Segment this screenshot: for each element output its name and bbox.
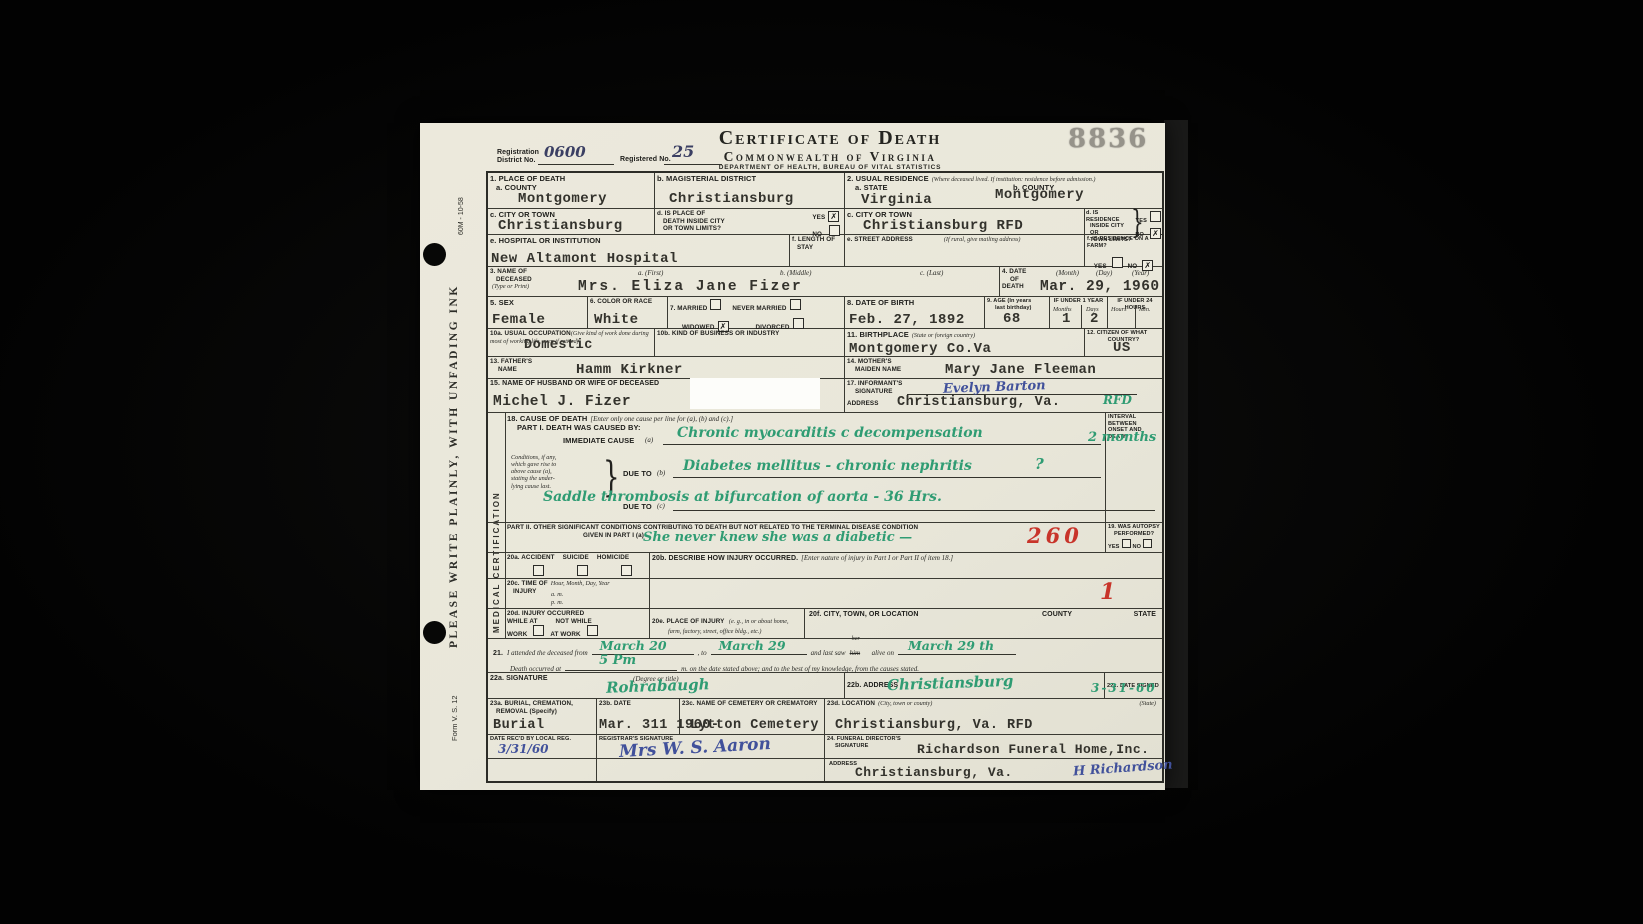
section-1-label: 1. PLACE OF DEATH bbox=[490, 174, 652, 183]
conditions-note-line: above cause (a), bbox=[511, 468, 607, 475]
limits-label: d. IS PLACE OF bbox=[657, 210, 775, 218]
checkbox-autopsy-yes bbox=[1122, 539, 1131, 548]
describe-injury-note: [Enter nature of injury in Part I or Par… bbox=[801, 554, 953, 562]
cause-label: 18. CAUSE OF DEATH bbox=[507, 414, 587, 423]
am-label: a. m. bbox=[551, 591, 563, 598]
funeral-address-value: Christiansburg, Va. bbox=[855, 766, 1013, 779]
location-label: 23d. LOCATION bbox=[827, 700, 875, 708]
field-residence-on-farm: f. IS RESIDENCE ON A FARM? YES NO ✗ bbox=[1085, 235, 1162, 266]
checkbox-accident bbox=[533, 565, 544, 576]
redaction-box bbox=[690, 378, 820, 409]
conditions-note-line: which gave rise to bbox=[511, 461, 607, 468]
married-label: 7. MARRIED bbox=[670, 305, 707, 313]
time-of-injury-hint: Hour, Month, Day, Year bbox=[551, 580, 610, 587]
sub-row-registrar: DATE REC'D BY LOCAL REG. 3/31/60 REGISTR… bbox=[488, 735, 1162, 759]
yes-label: YES bbox=[1135, 218, 1147, 225]
field-place-of-injury: 20e. PLACE OF INJURY (e. g., in or about… bbox=[650, 609, 805, 638]
field-date-of-birth: 8. DATE OF BIRTH Feb. 27, 1892 bbox=[845, 297, 985, 328]
field-age: 9. AGE (In years last birthday) 68 bbox=[985, 297, 1050, 328]
checkbox-autopsy-no bbox=[1143, 539, 1152, 548]
last-alive-value: March 29 th bbox=[908, 640, 994, 653]
field-father-name: 13. FATHER'S NAME Hamm Kirkner bbox=[488, 357, 845, 378]
checkbox-never-married bbox=[790, 299, 801, 310]
field-residence-inside-limits: d. IS RESIDENCE INSIDE CITY OR TOWN LIMI… bbox=[1085, 209, 1162, 234]
cause-b-tag: (b) bbox=[657, 469, 665, 477]
him-struck: him bbox=[850, 649, 861, 657]
field-informant: 17. INFORMANT'S SIGNATURE Evelyn Barton … bbox=[845, 379, 1162, 412]
statement-text-5: Death occurred at bbox=[510, 665, 561, 673]
yes-label: YES bbox=[812, 214, 825, 222]
cause-b-interval: ? bbox=[1035, 457, 1044, 472]
empty-cell bbox=[488, 759, 597, 781]
funeral-address-label: ADDRESS bbox=[829, 761, 857, 768]
field-spouse-name: 15. NAME OF HUSBAND OR WIFE OF DECEASED … bbox=[488, 379, 845, 412]
informant-label: SIGNATURE bbox=[847, 388, 902, 396]
immediate-cause-label: IMMEDIATE CAUSE bbox=[563, 436, 634, 445]
field-under-24-hours: IF UNDER 24 HOURS Hours Min. bbox=[1108, 297, 1162, 328]
part2-code: 260 bbox=[1027, 525, 1083, 546]
first-name-hint: a. (First) bbox=[638, 269, 663, 277]
conditions-note: Conditions, if any, which gave rise to a… bbox=[511, 454, 607, 490]
pm-label: p. m. bbox=[551, 599, 563, 606]
section-2-label: 2. USUAL RESIDENCE bbox=[847, 174, 929, 183]
burial-label: 23a. BURIAL, CREMATION, bbox=[490, 700, 594, 708]
field-length-of-stay: f. LENGTH OF STAY bbox=[790, 235, 845, 266]
race-value: White bbox=[594, 313, 639, 327]
checkbox-homicide bbox=[621, 565, 632, 576]
field-accident-suicide-homicide: 20a. ACCIDENT SUICIDE HOMICIDE bbox=[505, 553, 650, 578]
field-mother-name: 14. MOTHER'S MAIDEN NAME Mary Jane Fleem… bbox=[845, 357, 1162, 378]
registration-underline bbox=[538, 164, 614, 165]
death-time-value: 5 Pm bbox=[599, 654, 636, 667]
deceased-label: DECEASED bbox=[490, 276, 532, 284]
field-funeral-director: 24. FUNERAL DIRECTOR'S SIGNATURE Richard… bbox=[825, 735, 1162, 758]
cemetery-value: Lytton Cemetery bbox=[690, 719, 819, 733]
limits-label: DEATH INSIDE CITY bbox=[657, 218, 775, 226]
injury-state-label: STATE bbox=[1134, 611, 1156, 619]
city-of-death-value: Christiansburg bbox=[498, 219, 623, 233]
page-edge-shadow bbox=[1164, 120, 1188, 788]
punch-hole-bottom bbox=[423, 621, 446, 644]
magisterial-label: b. MAGISTERIAL DISTRICT bbox=[657, 174, 842, 183]
injury-city-label: 20f. CITY, TOWN, OR LOCATION bbox=[809, 611, 919, 619]
type-or-print-hint: (Type or Print) bbox=[490, 283, 532, 290]
last-name-hint: c. (Last) bbox=[920, 269, 943, 277]
checkbox-married bbox=[710, 299, 721, 310]
informant-address-extra: RFD bbox=[1103, 394, 1132, 406]
row-place-of-death: 1. PLACE OF DEATH a. COUNTY Montgomery b… bbox=[488, 173, 1162, 209]
time-of-injury-label: INJURY bbox=[507, 588, 548, 596]
limits-label: OR TOWN LIMITS? bbox=[657, 225, 775, 233]
state-value: Virginia bbox=[861, 193, 932, 207]
time-of-injury-label: 20c. TIME OF bbox=[507, 580, 548, 588]
field-physician-signature: 22a. SIGNATURE (Degree or title) Rohraba… bbox=[488, 673, 845, 698]
field-date-of-death: 4. DATE OF DEATH (Month) (Day) (Year) Ma… bbox=[1000, 267, 1162, 296]
field-physician-address: 22b. ADDRESS Christiansburg bbox=[845, 673, 1105, 698]
field-sex: 5. SEX Female bbox=[488, 297, 588, 328]
location-state-hint: (State) bbox=[1140, 700, 1157, 707]
birthplace-value: Montgomery Co.Va bbox=[849, 342, 991, 356]
field-under-1-year: IF UNDER 1 YEAR Months Days 1 2 bbox=[1050, 297, 1108, 328]
empty-cell bbox=[597, 759, 825, 781]
no-label: NO bbox=[1133, 544, 1142, 551]
registered-no-value: 25 bbox=[672, 144, 694, 160]
under-1-year-label: IF UNDER 1 YEAR bbox=[1050, 298, 1107, 305]
suicide-label: SUICIDE bbox=[563, 554, 589, 562]
year-hint: (Year) bbox=[1132, 269, 1149, 277]
cause-b-line bbox=[673, 477, 1101, 478]
informant-address-value: Christiansburg, Va. bbox=[897, 396, 1060, 410]
burial-label: REMOVAL (Specify) bbox=[490, 708, 594, 716]
row-injury-place: 20d. INJURY OCCURRED WHILE AT NOT WHILE … bbox=[488, 609, 1162, 639]
row-hospital: e. HOSPITAL OR INSTITUTION New Altamont … bbox=[488, 235, 1162, 267]
part2-area: PART II. OTHER SIGNIFICANT CONDITIONS CO… bbox=[505, 523, 1105, 552]
interval-label: INTERVAL BETWEEN bbox=[1108, 414, 1160, 427]
farm-label: f. IS RESIDENCE ON A FARM? bbox=[1087, 236, 1160, 249]
race-label: 6. COLOR OR RACE bbox=[590, 298, 665, 306]
deceased-name-value: Mrs. Eliza Jane Fizer bbox=[578, 280, 803, 295]
row-cause-of-death: 18. CAUSE OF DEATH [Enter only one cause… bbox=[488, 413, 1162, 523]
location-note: (City, town or county) bbox=[878, 700, 932, 707]
field-time-of-injury: 20c. TIME OF INJURY Hour, Month, Day, Ye… bbox=[505, 579, 650, 608]
field-business-industry: 10b. KIND OF BUSINESS OR INDUSTRY bbox=[655, 329, 845, 356]
cause-of-death-area: 18. CAUSE OF DEATH [Enter only one cause… bbox=[505, 413, 1105, 522]
months-value: 1 bbox=[1062, 312, 1071, 326]
injury-occurred-label: 20d. INJURY OCCURRED bbox=[507, 610, 647, 618]
side-note: PLEASE WRITE PLAINLY, WITH UNFADING INK bbox=[448, 273, 460, 648]
autopsy-label: PERFORMED? bbox=[1108, 531, 1160, 538]
min-label: Min. bbox=[1139, 306, 1151, 313]
field-injury-location: 20f. CITY, TOWN, OR LOCATION COUNTY STAT… bbox=[805, 609, 1162, 638]
at-work-label: AT WORK bbox=[550, 631, 580, 639]
part2-value: She never knew she was a diabetic — bbox=[643, 531, 912, 544]
row-parents: 13. FATHER'S NAME Hamm Kirkner 14. MOTHE… bbox=[488, 357, 1162, 379]
statement-text-6: m. on the date stated above; and to the … bbox=[681, 665, 919, 673]
hospital-label: e. HOSPITAL OR INSTITUTION bbox=[490, 236, 787, 245]
page-title: Certificate of Death bbox=[580, 128, 1080, 148]
accident-label: 20a. ACCIDENT bbox=[507, 554, 555, 562]
field-burial-location: 23d. LOCATION (City, town or county) (St… bbox=[825, 699, 1162, 734]
physician-signature-value: Rohrabaugh bbox=[606, 677, 710, 696]
form-grid: 1. PLACE OF DEATH a. COUNTY Montgomery b… bbox=[486, 171, 1164, 783]
citizen-value: US bbox=[1113, 341, 1131, 355]
age-value: 68 bbox=[1003, 312, 1021, 326]
field-birthplace: 11. BIRTHPLACE (State or foreign country… bbox=[845, 329, 1085, 356]
checkbox-residence-limits-yes bbox=[1150, 211, 1161, 222]
date-of-death-label: DEATH bbox=[1002, 283, 1026, 291]
form-code: Form V. S. 12 bbox=[450, 675, 459, 741]
funeral-director-signature: H Richardson bbox=[1073, 759, 1173, 779]
business-label: 10b. KIND OF BUSINESS OR INDUSTRY bbox=[657, 330, 842, 338]
row-occupation: 10a. USUAL OCCUPATION (Give kind of work… bbox=[488, 329, 1162, 357]
informant-label: 17. INFORMANT'S bbox=[847, 380, 902, 388]
stay-label: STAY bbox=[792, 244, 842, 252]
checkbox-divorced bbox=[793, 318, 804, 329]
cause-c-line bbox=[673, 510, 1155, 511]
date-received-value: 3/31/60 bbox=[498, 743, 549, 755]
row-part2-autopsy: PART II. OTHER SIGNIFICANT CONDITIONS CO… bbox=[488, 523, 1162, 553]
deceased-label: 3. NAME OF bbox=[490, 268, 532, 276]
registered-underline bbox=[664, 164, 722, 165]
checkbox-suicide bbox=[577, 565, 588, 576]
residence-county-value: Montgomery bbox=[995, 188, 1084, 202]
field-usual-residence: 2. USUAL RESIDENCE (Where deceased lived… bbox=[845, 173, 1162, 208]
row-physician-signature: 22a. SIGNATURE (Degree or title) Rohraba… bbox=[488, 673, 1162, 699]
statement-text-1: I attended the deceased from bbox=[507, 649, 588, 657]
field-date-signed: 22c. DATE SIGNED 3-31-60 bbox=[1105, 673, 1162, 698]
magisterial-value: Christiansburg bbox=[669, 192, 794, 206]
describe-injury-label: 20b. DESCRIBE HOW INJURY OCCURRED. bbox=[652, 555, 798, 563]
burial-value: Burial bbox=[493, 719, 545, 733]
cause-a-line bbox=[663, 444, 1101, 445]
work-label: WORK bbox=[507, 631, 527, 639]
informant-address-label: ADDRESS bbox=[847, 400, 879, 408]
father-value: Hamm Kirkner bbox=[576, 363, 683, 377]
while-at-label: WHILE AT bbox=[507, 618, 538, 626]
field-usual-occupation: 10a. USUAL OCCUPATION (Give kind of work… bbox=[488, 329, 655, 356]
registration-district: Registration District No. bbox=[497, 149, 539, 166]
field-residence-city: c. CITY OR TOWN Christiansburg RFD bbox=[845, 209, 1085, 234]
field-funeral-address: ADDRESS Christiansburg, Va. H Richardson bbox=[825, 759, 1162, 781]
checkbox-not-at-work bbox=[587, 625, 598, 636]
occupation-label: 10a. USUAL OCCUPATION bbox=[490, 330, 571, 337]
informant-signature: Evelyn Barton bbox=[943, 379, 1046, 396]
residence-city-value: Christiansburg RFD bbox=[863, 219, 1023, 233]
statement-text-3: and last saw bbox=[811, 649, 846, 657]
row-sex-race-marital: 5. SEX Female 6. COLOR OR RACE White 7. … bbox=[488, 297, 1162, 329]
field-death-inside-limits: d. IS PLACE OF DEATH INSIDE CITY OR TOWN… bbox=[655, 209, 845, 234]
divider bbox=[1081, 305, 1082, 328]
field-injury-at-work: 20d. INJURY OCCURRED WHILE AT NOT WHILE … bbox=[505, 609, 650, 638]
cause-a-interval: 2 months bbox=[1088, 431, 1156, 444]
homicide-label: HOMICIDE bbox=[597, 554, 629, 562]
residence-limits-label: d. IS RESIDENCE bbox=[1086, 210, 1132, 223]
row-attendance-statement: 21. I attended the deceased from March 2… bbox=[488, 639, 1162, 673]
street-label: e. STREET ADDRESS bbox=[847, 236, 913, 244]
burial-location-value: Christiansburg, Va. RFD bbox=[835, 719, 1033, 733]
funeral-director-value: Richardson Funeral Home,Inc. bbox=[917, 743, 1149, 756]
due-to-b-label: DUE TO bbox=[623, 469, 652, 478]
physician-address-value: Christiansburg bbox=[887, 674, 1014, 693]
field-autopsy: 19. WAS AUTOPSY PERFORMED? YES NO bbox=[1105, 523, 1162, 552]
occupation-value: Domestic bbox=[524, 339, 593, 353]
field-date-received: DATE REC'D BY LOCAL REG. 3/31/60 bbox=[488, 735, 597, 758]
conditions-note-line: stating the under- bbox=[511, 475, 607, 482]
stay-label: f. LENGTH OF bbox=[792, 236, 842, 244]
date-of-death-label: 4. DATE bbox=[1002, 268, 1026, 276]
cemetery-label: 23c. NAME OF CEMETERY OR CREMATORY bbox=[682, 700, 822, 708]
checkbox-death-limits-yes: ✗ bbox=[828, 211, 839, 222]
injury-time-blank: 1 bbox=[650, 579, 1162, 608]
field-hospital: e. HOSPITAL OR INSTITUTION New Altamont … bbox=[488, 235, 790, 266]
yes-label: YES bbox=[1108, 544, 1120, 551]
hours-label: Hours bbox=[1111, 306, 1126, 313]
statement-text-4: alive on bbox=[872, 649, 894, 657]
part1-label: PART I. DEATH WAS CAUSED BY: bbox=[517, 423, 641, 432]
conditions-note-line: Conditions, if any, bbox=[511, 454, 607, 461]
date-of-death-label: OF bbox=[1002, 276, 1026, 284]
death-certificate-document: 60M - 10-58 PLEASE WRITE PLAINLY, WITH U… bbox=[420, 123, 1165, 790]
days-value: 2 bbox=[1090, 312, 1099, 326]
row-city-limits: c. CITY OR TOWN Christiansburg d. IS PLA… bbox=[488, 209, 1162, 235]
birthplace-label: 11. BIRTHPLACE bbox=[847, 330, 909, 339]
field-city-of-death: c. CITY OR TOWN Christiansburg bbox=[488, 209, 655, 234]
field-citizen: 12. CITIZEN OF WHAT COUNTRY? US bbox=[1085, 329, 1162, 356]
registrar-signature-value: Mrs W. S. Aaron bbox=[619, 736, 772, 761]
month-hint: (Month) bbox=[1056, 269, 1079, 277]
scan-background: 60M - 10-58 PLEASE WRITE PLAINLY, WITH U… bbox=[0, 0, 1643, 924]
cause-c-value: Saddle thrombosis at bifurcation of aort… bbox=[543, 490, 942, 504]
mother-value: Mary Jane Fleeman bbox=[945, 363, 1096, 377]
hospital-value: New Altamont Hospital bbox=[491, 252, 678, 266]
field-color-or-race: 6. COLOR OR RACE White bbox=[588, 297, 668, 328]
divider bbox=[1135, 305, 1136, 328]
spouse-value: Michel J. Fizer bbox=[493, 395, 631, 410]
county-value: Montgomery bbox=[518, 192, 607, 206]
registration-district-value: 0600 bbox=[544, 145, 586, 160]
citizen-label: 12. CITIZEN OF WHAT bbox=[1087, 330, 1160, 337]
checkbox-while-at-work bbox=[533, 625, 544, 636]
field-burial-type: 23a. BURIAL, CREMATION, REMOVAL (Specify… bbox=[488, 699, 597, 734]
certificate-number-stamp: 8836 bbox=[1068, 126, 1148, 152]
punch-hole-top bbox=[423, 243, 446, 266]
interval-column: INTERVAL BETWEEN ONSET AND DEATH 2 month… bbox=[1105, 413, 1162, 522]
registration-district-label-1: Registration bbox=[497, 149, 539, 157]
dob-label: 8. DATE OF BIRTH bbox=[847, 298, 982, 307]
sex-value: Female bbox=[492, 313, 545, 327]
sub-row-funeral-address: ADDRESS Christiansburg, Va. H Richardson bbox=[488, 759, 1162, 781]
cause-a-tag: (a) bbox=[645, 436, 653, 444]
print-code: 60M - 10-58 bbox=[458, 161, 465, 235]
row-name-of-deceased: 3. NAME OF DECEASED (Type or Print) a. (… bbox=[488, 267, 1162, 297]
cause-b-value: Diabetes mellitus - chronic nephritis bbox=[683, 459, 972, 473]
row-burial: 23a. BURIAL, CREMATION, REMOVAL (Specify… bbox=[488, 699, 1162, 735]
date-signed-value: 3-31-60 bbox=[1091, 682, 1157, 694]
field-magisterial-district: b. MAGISTERIAL DISTRICT Christiansburg bbox=[655, 173, 845, 208]
attended-from-value: March 20 bbox=[600, 640, 667, 653]
place-of-injury-label: 20e. PLACE OF INJURY bbox=[652, 618, 724, 625]
day-hint: (Day) bbox=[1096, 269, 1112, 277]
place-of-injury-note: (e. g., in or about home, bbox=[729, 618, 789, 625]
field-burial-date: 23b. DATE Mar. 311 1960- bbox=[597, 699, 680, 734]
burial-date-label: 23b. DATE bbox=[599, 700, 677, 708]
cause-note: [Enter only one cause per line for (a), … bbox=[590, 415, 733, 423]
birthplace-note: (State or foreign country) bbox=[912, 332, 975, 339]
autopsy-label: 19. WAS AUTOPSY bbox=[1108, 524, 1160, 531]
dob-value: Feb. 27, 1892 bbox=[849, 313, 965, 327]
field-describe-injury: 20b. DESCRIBE HOW INJURY OCCURRED. [Ente… bbox=[650, 553, 1162, 578]
attended-to-value: March 29 bbox=[719, 640, 786, 653]
row-spouse-informant: 15. NAME OF HUSBAND OR WIFE OF DECEASED … bbox=[488, 379, 1162, 413]
row-time-of-injury: 20c. TIME OF INJURY Hour, Month, Day, Ye… bbox=[488, 579, 1162, 609]
never-married-label: NEVER MARRIED bbox=[732, 305, 786, 313]
middle-name-hint: b. (Middle) bbox=[780, 269, 812, 277]
row-registrar-funeral: DATE REC'D BY LOCAL REG. 3/31/60 REGISTR… bbox=[488, 735, 1162, 781]
statement-text-2: , to bbox=[698, 649, 707, 657]
place-of-injury-note-2: farm, factory, street, office bldg., etc… bbox=[652, 628, 802, 635]
state-label: a. STATE bbox=[855, 183, 888, 192]
injury-county-label: COUNTY bbox=[1042, 611, 1072, 619]
age-label: 9. AGE (In years bbox=[987, 298, 1047, 305]
street-note: (If rural, give mailing address) bbox=[944, 236, 1021, 243]
field-street-address: e. STREET ADDRESS (If rural, give mailin… bbox=[845, 235, 1085, 266]
statement-number: 21. bbox=[493, 650, 503, 658]
sex-label: 5. SEX bbox=[490, 298, 585, 307]
cause-a-value: Chronic myocarditis c decompensation bbox=[677, 426, 983, 440]
her-correction: her bbox=[852, 635, 860, 642]
registration-district-label-2: District No. bbox=[497, 157, 539, 165]
part2-label-2: GIVEN IN PART I (a) bbox=[583, 532, 644, 540]
not-while-label: NOT WHILE bbox=[556, 618, 592, 626]
date-of-death-value: Mar. 29, 1960 bbox=[1040, 280, 1160, 295]
signature-label: 22a. SIGNATURE bbox=[490, 675, 548, 683]
red-tally-mark: 1 bbox=[1100, 581, 1115, 603]
field-cemetery: 23c. NAME OF CEMETERY OR CREMATORY Lytto… bbox=[680, 699, 825, 734]
row-accident: 20a. ACCIDENT SUICIDE HOMICIDE 20b. DESC… bbox=[488, 553, 1162, 579]
field-county-of-death: 1. PLACE OF DEATH a. COUNTY Montgomery bbox=[488, 173, 655, 208]
field-marital-status: 7. MARRIED NEVER MARRIED WIDOWED ✗ DIVOR… bbox=[668, 297, 845, 328]
field-name-of-deceased: 3. NAME OF DECEASED (Type or Print) a. (… bbox=[488, 267, 1000, 296]
field-registrar-signature: REGISTRAR'S SIGNATURE Mrs W. S. Aaron bbox=[597, 735, 825, 758]
